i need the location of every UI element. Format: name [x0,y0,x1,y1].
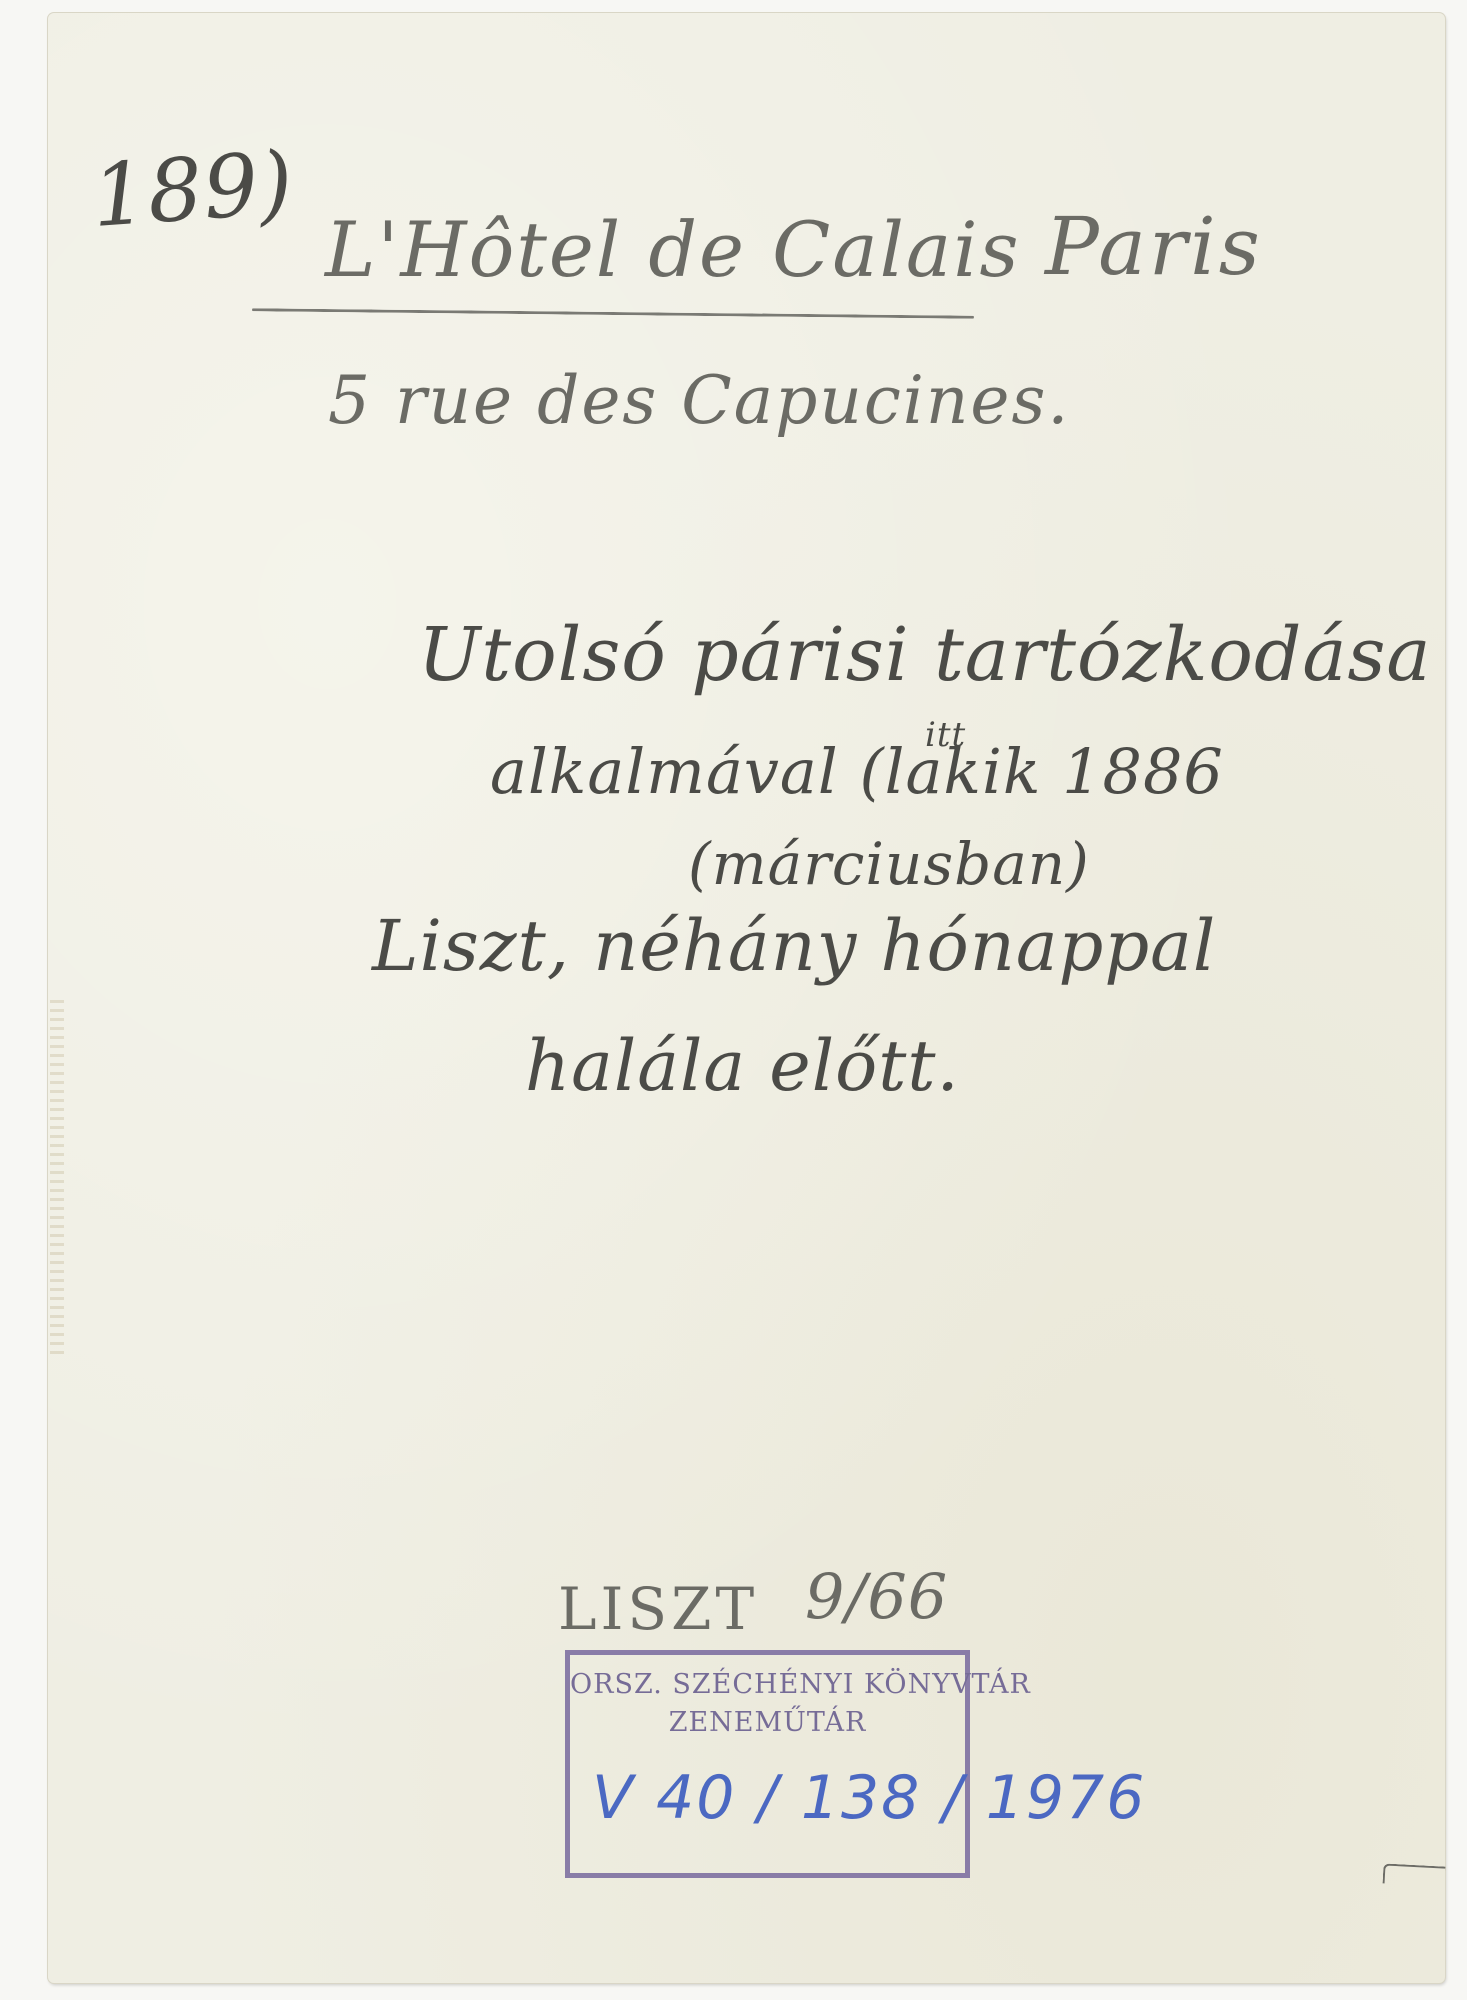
catalog-number: 189) [89,133,297,247]
caption-line-4: Liszt, néhány hónappal [372,905,1216,987]
street-address: 5 rue des Capucines. [328,362,1070,439]
caption-line-5: halála előtt. [525,1025,960,1107]
corner-pencil-mark [1383,1863,1446,1886]
stamp-department: ZENEMŰTÁR [570,1707,965,1738]
stamp-library-name: ORSZ. SZÉCHÉNYI KÖNYVTÁR [570,1669,965,1700]
caption-line-2: alkalmával (lakik 1886 [490,735,1224,808]
inventory-name: LISZT [558,1575,758,1643]
caption-line-3: (márciusban) [688,830,1090,898]
inventory-number: 9/66 [805,1560,948,1633]
paper-foxing-stain [50,1000,64,1360]
city-label: Paris [1045,200,1263,293]
hotel-title: L'Hôtel de Calais [325,205,1021,294]
library-stamp: ORSZ. SZÉCHÉNYI KÖNYVTÁR ZENEMŰTÁR V 40 … [565,1650,970,1878]
stamp-accession-number: V 40 / 138 / 1976 [592,1763,1146,1833]
caption-line-1: Utolsó párisi tartózkodása [418,612,1432,698]
